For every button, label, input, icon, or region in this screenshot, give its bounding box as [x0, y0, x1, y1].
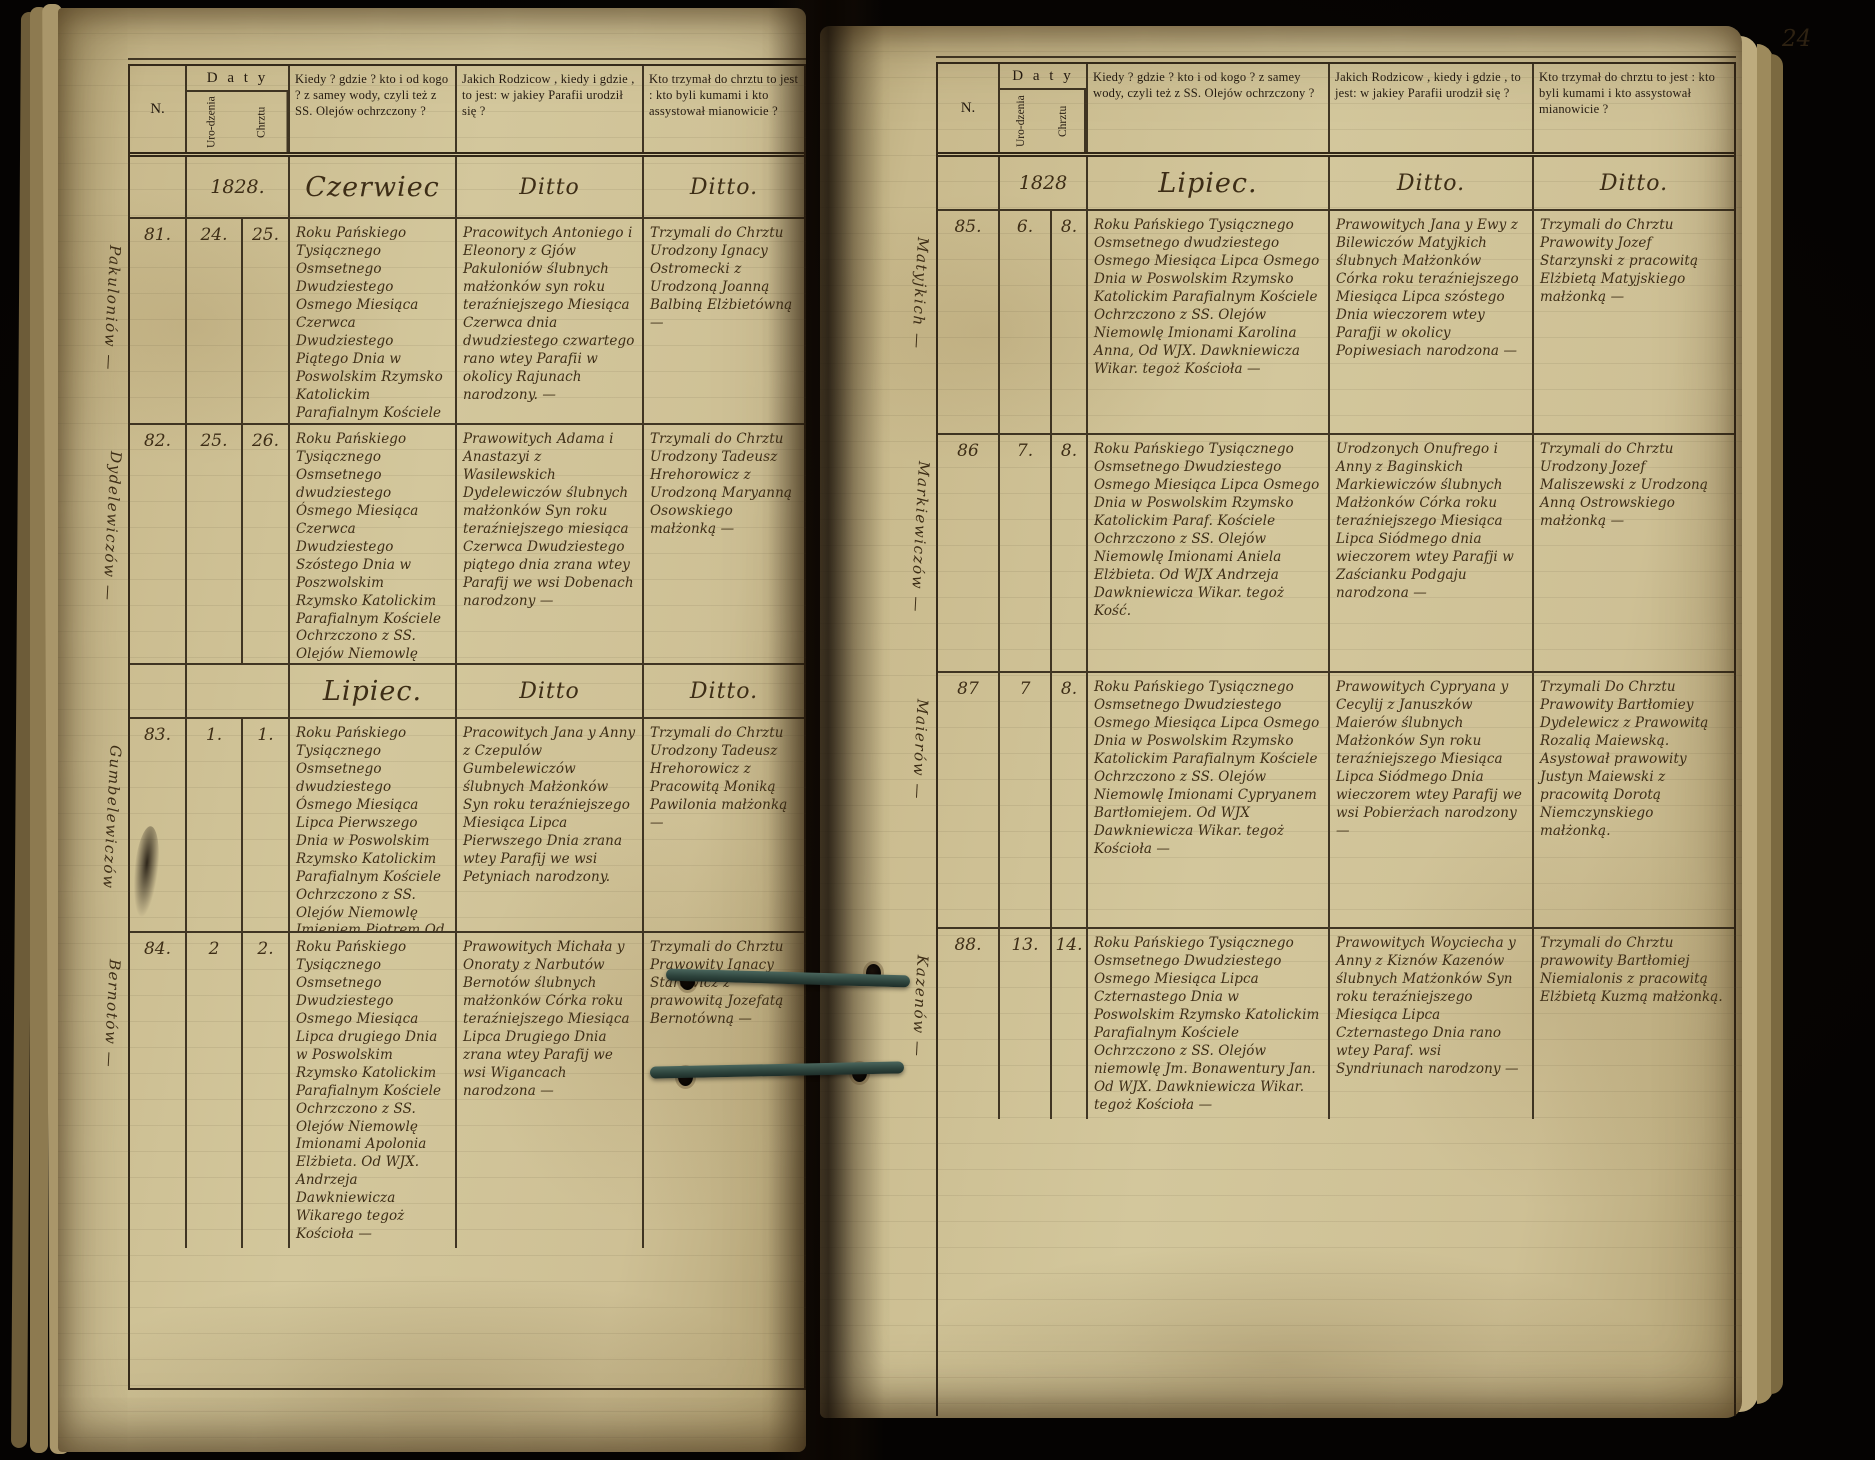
register-entry-83: Gumbelewiczów 83. 1. 1. Roku Pańskiego T…: [130, 719, 804, 933]
baptism-date: 1.: [243, 719, 290, 931]
ditto-parents: Ditto: [457, 665, 644, 717]
baptism-date: 2.: [243, 933, 290, 1248]
sponsors-text: Trzymali do Chrztu Urodzony Tadeusz Hreh…: [644, 425, 804, 663]
margin-surname: Markiewiczów —: [907, 461, 933, 614]
baptism-date: 8.: [1052, 211, 1088, 433]
birth-date: 13.: [1000, 929, 1052, 1119]
sponsors-text: Trzymali do Chrztu Prawowity Jozef Starz…: [1534, 211, 1734, 433]
entry-number: 81.: [130, 219, 187, 423]
margin-surname: Bernotów —: [100, 959, 124, 1069]
month-header-row: 1828 Lipiec. Ditto. Ditto.: [938, 157, 1734, 211]
baptism-date: 25.: [243, 219, 290, 423]
ditto-parents: Ditto: [457, 157, 644, 217]
column-header-n: N.: [130, 66, 187, 152]
register-table-left: N. D a t y Uro-dzenia Chrztu Kiedy ? gdz…: [128, 64, 806, 1390]
baptism-record-text: Roku Pańskiego Tysiącznego Osmsetnego dw…: [290, 719, 457, 931]
sponsors-text: Trzymali do Chrztu Urodzony Jozef Malisz…: [1534, 435, 1734, 671]
parents-text: Pracowitych Jana y Anny z Czepulów Gumbe…: [457, 719, 644, 931]
baptism-record-text: Roku Pańskiego Tysiącznego Osmsetnego dw…: [1088, 211, 1330, 433]
birth-date: 6.: [1000, 211, 1052, 433]
entry-number: 88.: [938, 929, 1000, 1119]
entry-number: 85.: [938, 211, 1000, 433]
entry-number: 86: [938, 435, 1000, 671]
month-header-row: 1828. Czerwiec Ditto Ditto.: [130, 157, 804, 219]
margin-surname: Kazenów —: [908, 955, 931, 1058]
register-entry-88: Kazenów — 88. 13. 14. Roku Pańskiego Tys…: [938, 929, 1734, 1119]
column-header-daty: D a t y Uro-dzenia Chrztu: [187, 66, 290, 152]
baptism-record-text: Roku Pańskiego Tysiącznego Osmsetnego Dw…: [1088, 435, 1330, 671]
parents-text: Urodzonych Onufrego i Anny z Baginskich …: [1330, 435, 1534, 671]
register-entry-82: Dydelewiczów — 82. 25. 26. Roku Pańskieg…: [130, 425, 804, 665]
mid-month-header-row: Lipiec. Ditto Ditto.: [130, 665, 804, 719]
column-header-baptized: Chrztu: [1042, 90, 1086, 152]
entry-number: 87: [938, 673, 1000, 927]
daty-label: D a t y: [187, 66, 288, 92]
column-header-parents: Jakich Rodzicow , kiedy i gdzie , to jes…: [457, 66, 644, 152]
birth-date: 7.: [1000, 435, 1052, 671]
month-name: Lipiec.: [290, 665, 457, 717]
empty-cell: [130, 157, 187, 217]
year-label: 1828: [1000, 157, 1088, 209]
baptism-date: 26.: [243, 425, 290, 663]
sponsors-text: Trzymali do Chrztu prawowity Bartłomiej …: [1534, 929, 1734, 1119]
left-page: N. D a t y Uro-dzenia Chrztu Kiedy ? gdz…: [58, 8, 806, 1452]
sponsors-text: Trzymali Do Chrztu Prawowity Bartłomiey …: [1534, 673, 1734, 927]
ditto-parents: Ditto.: [1330, 157, 1534, 209]
month-name: Lipiec.: [1088, 157, 1330, 209]
ditto-sponsors: Ditto.: [644, 665, 804, 717]
baptism-record-text: Roku Pańskiego Tysiącznego Osmsetnego Dw…: [1088, 929, 1330, 1119]
baptism-date: 8.: [1052, 673, 1088, 927]
empty-cell: [187, 665, 290, 717]
baptism-record-text: Roku Pańskiego Tysiącznego Osmsetnego Dw…: [290, 933, 457, 1248]
ditto-sponsors: Ditto.: [644, 157, 804, 217]
sponsors-text: Trzymali do Chrztu Urodzony Ignacy Ostro…: [644, 219, 804, 423]
sponsors-text: Trzymali do Chrztu Urodzony Tadeusz Hreh…: [644, 719, 804, 931]
column-header-born: Uro-dzenia: [1000, 90, 1042, 152]
month-name: Czerwiec: [290, 157, 457, 217]
margin-surname: Matyjkich —: [908, 237, 932, 351]
page-edge-stack: [1771, 54, 1783, 1394]
right-page: N. D a t y Uro-dzenia Chrztu Kiedy ? gdz…: [820, 26, 1742, 1418]
baptism-record-text: Roku Pańskiego Tysiącznego Osmsetnego Dw…: [1088, 673, 1330, 927]
ditto-sponsors: Ditto.: [1534, 157, 1734, 209]
column-header-baptized: Chrztu: [237, 92, 289, 152]
birth-date: 24.: [187, 219, 243, 423]
baptism-date: 14.: [1052, 929, 1088, 1119]
margin-surname: Pakuloniów —: [100, 245, 125, 372]
column-header-sponsors: Kto trzymał do chrztu to jest : kto byli…: [644, 66, 804, 152]
baptism-date: 8.: [1052, 435, 1088, 671]
parents-text: Prawowitych Cypryana y Cecylij z Januszk…: [1330, 673, 1534, 927]
register-table-right: N. D a t y Uro-dzenia Chrztu Kiedy ? gdz…: [936, 62, 1736, 1416]
parents-text: Prawowitych Adama i Anastazyi z Wasilews…: [457, 425, 644, 663]
column-header-parents: Jakich Rodzicow , kiedy i gdzie , to jes…: [1330, 64, 1534, 152]
column-header-baptism: Kiedy ? gdzie ? kto i od kogo ? z samey …: [290, 66, 457, 152]
parents-text: Prawowitych Woyciecha y Anny z Kiznów Ka…: [1330, 929, 1534, 1119]
baptism-record-text: Roku Pańskiego Tysiącznego Osmsetnego dw…: [290, 425, 457, 663]
column-header-baptism: Kiedy ? gdzie ? kto i od kogo ? z samey …: [1088, 64, 1330, 152]
parents-text: Prawowitych Michała y Onoraty z Narbutów…: [457, 933, 644, 1248]
margin-surname: Dydelewiczów —: [99, 451, 125, 602]
entry-number: 84.: [130, 933, 187, 1248]
register-entry-86: Markiewiczów — 86 7. 8. Roku Pańskiego T…: [938, 435, 1734, 673]
daty-label: D a t y: [1000, 64, 1086, 90]
year-label: 1828.: [187, 157, 290, 217]
baptism-record-text: Roku Pańskiego Tysiącznego Osmsetnego Dw…: [290, 219, 457, 423]
birth-date: 25.: [187, 425, 243, 663]
margin-surname: Maierów —: [908, 699, 931, 801]
parents-text: Pracowitych Antoniego i Eleonory z Gjów …: [457, 219, 644, 423]
register-entry-81: Pakuloniów — 81. 24. 25. Roku Pańskiego …: [130, 219, 804, 425]
entry-number: 82.: [130, 425, 187, 663]
column-header-sponsors: Kto trzymał do chrztu to jest : kto byli…: [1534, 64, 1734, 152]
birth-date: 7: [1000, 673, 1052, 927]
column-header-born: Uro-dzenia: [187, 92, 237, 152]
register-entry-85: Matyjkich — 85. 6. 8. Roku Pańskiego Tys…: [938, 211, 1734, 435]
register-entry-87: Maierów — 87 7 8. Roku Pańskiego Tysiącz…: [938, 673, 1734, 929]
table-header-left: N. D a t y Uro-dzenia Chrztu Kiedy ? gdz…: [130, 66, 804, 157]
parents-text: Prawowitych Jana y Ewy z Bilewiczów Maty…: [1330, 211, 1534, 433]
birth-date: 1.: [187, 719, 243, 931]
column-header-daty: D a t y Uro-dzenia Chrztu: [1000, 64, 1088, 152]
column-header-n: N.: [938, 64, 1000, 152]
table-header-right: N. D a t y Uro-dzenia Chrztu Kiedy ? gdz…: [938, 64, 1734, 157]
scanned-register-spread: N. D a t y Uro-dzenia Chrztu Kiedy ? gdz…: [0, 0, 1875, 1460]
margin-surname: Gumbelewiczów: [99, 745, 125, 890]
folio-number: 24: [1782, 26, 1811, 52]
empty-cell: [130, 665, 187, 717]
empty-cell: [938, 157, 1000, 209]
birth-date: 2: [187, 933, 243, 1248]
